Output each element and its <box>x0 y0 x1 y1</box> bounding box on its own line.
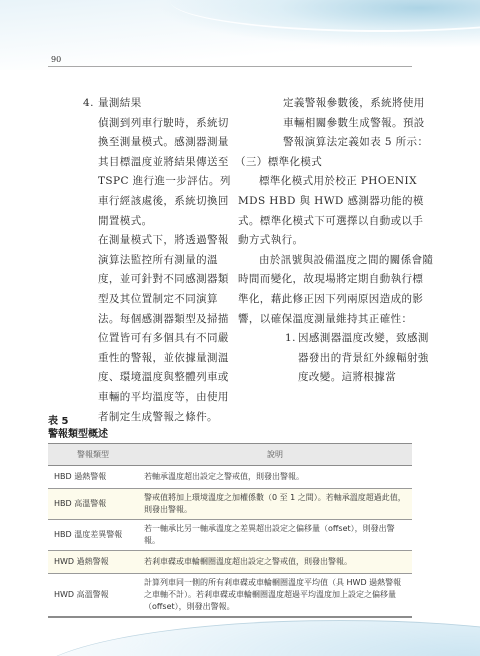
body-paragraph: 偵測到列車行駛時，系統切換至測量模式。感測器測量其目標溫度並將結果傳送至 TSP… <box>98 114 233 232</box>
alarm-types-table: 警報類型 說明 HBD 過熱警報 若軸承溫度超出設定之警戒值，則發出警報。 HB… <box>48 443 412 618</box>
item-title: 量測結果 <box>98 94 142 114</box>
body-paragraph: 由於訊號與設備溫度之間的關係會隨時間而變化，故現場將定期自動執行標準化，藉此修正… <box>238 251 434 329</box>
item-text: 因感測器溫度改變，致感測器發出的背景紅外線輻射強度改變。這將根據當 <box>298 329 434 388</box>
page-number: 90 <box>51 55 61 64</box>
column-header-description: 說明 <box>138 444 412 466</box>
table-header-row: 警報類型 說明 <box>48 444 412 466</box>
table-label: 表 5 <box>48 415 108 428</box>
right-column: 定義警報參數後，系統將使用車輛相關參數生成警報。預設警報演算法定義如表 5 所示… <box>238 94 434 388</box>
alarm-type: HBD 過熱警報 <box>48 466 138 489</box>
item-number: 1. <box>285 329 298 388</box>
numbered-item: 1. 因感測器溫度改變，致感測器發出的背景紅外線輻射強度改變。這將根據當 <box>238 329 434 388</box>
body-paragraph: 在測量模式下，將透過警報演算法監控所有測量的溫度，並可針對不同感測器類型及其位置… <box>98 231 233 427</box>
item-number: 4. <box>83 94 98 114</box>
table-title: 警報類型概述 <box>48 428 108 441</box>
list-item-heading: 4. 量測結果 <box>83 94 233 114</box>
body-paragraph: 標準化模式用於校正 PHOENIX MDS HBD 與 HWD 感測器功能的模式… <box>238 172 434 250</box>
alarm-description: 若剎車碟或車輪輞圈溫度超出設定之警戒值，則發出警報。 <box>138 551 412 574</box>
alarm-description: 若軸承溫度超出設定之警戒值，則發出警報。 <box>138 466 412 489</box>
alarm-type: HWD 過熱警報 <box>48 551 138 574</box>
alarm-description: 若一軸承比另一軸承溫度之差異超出設定之偏移量（offset），則發出警報。 <box>138 520 412 551</box>
alarm-type: HBD 高溫警報 <box>48 489 138 520</box>
table-row: HBD 溫度差異警報 若一軸承比另一軸承溫度之差異超出設定之偏移量（offset… <box>48 520 412 551</box>
alarm-type: HBD 溫度差異警報 <box>48 520 138 551</box>
left-column: 4. 量測結果 偵測到列車行駛時，系統切換至測量模式。感測器測量其目標溫度並將結… <box>83 94 233 427</box>
table-caption: 表 5 警報類型概述 <box>48 415 108 441</box>
footer-decoration <box>0 610 480 656</box>
section-heading: （三）標準化模式 <box>235 153 434 173</box>
column-header-type: 警報類型 <box>48 444 138 466</box>
table-row: HBD 高溫警報 警戒值將加上環境溫度之加權係數（0 至 1 之間）。若軸承溫度… <box>48 489 412 520</box>
table-row: HWD 過熱警報 若剎車碟或車輪輞圈溫度超出設定之警戒值，則發出警報。 <box>48 551 412 574</box>
header-decoration <box>0 0 480 70</box>
header-divider <box>48 66 412 67</box>
alarm-description: 警戒值將加上環境溫度之加權係數（0 至 1 之間）。若軸承溫度超過此值，則發出警… <box>138 489 412 520</box>
table-row: HBD 過熱警報 若軸承溫度超出設定之警戒值，則發出警報。 <box>48 466 412 489</box>
continuation-paragraph: 定義警報參數後，系統將使用車輛相關參數生成警報。預設警報演算法定義如表 5 所示… <box>238 94 434 153</box>
